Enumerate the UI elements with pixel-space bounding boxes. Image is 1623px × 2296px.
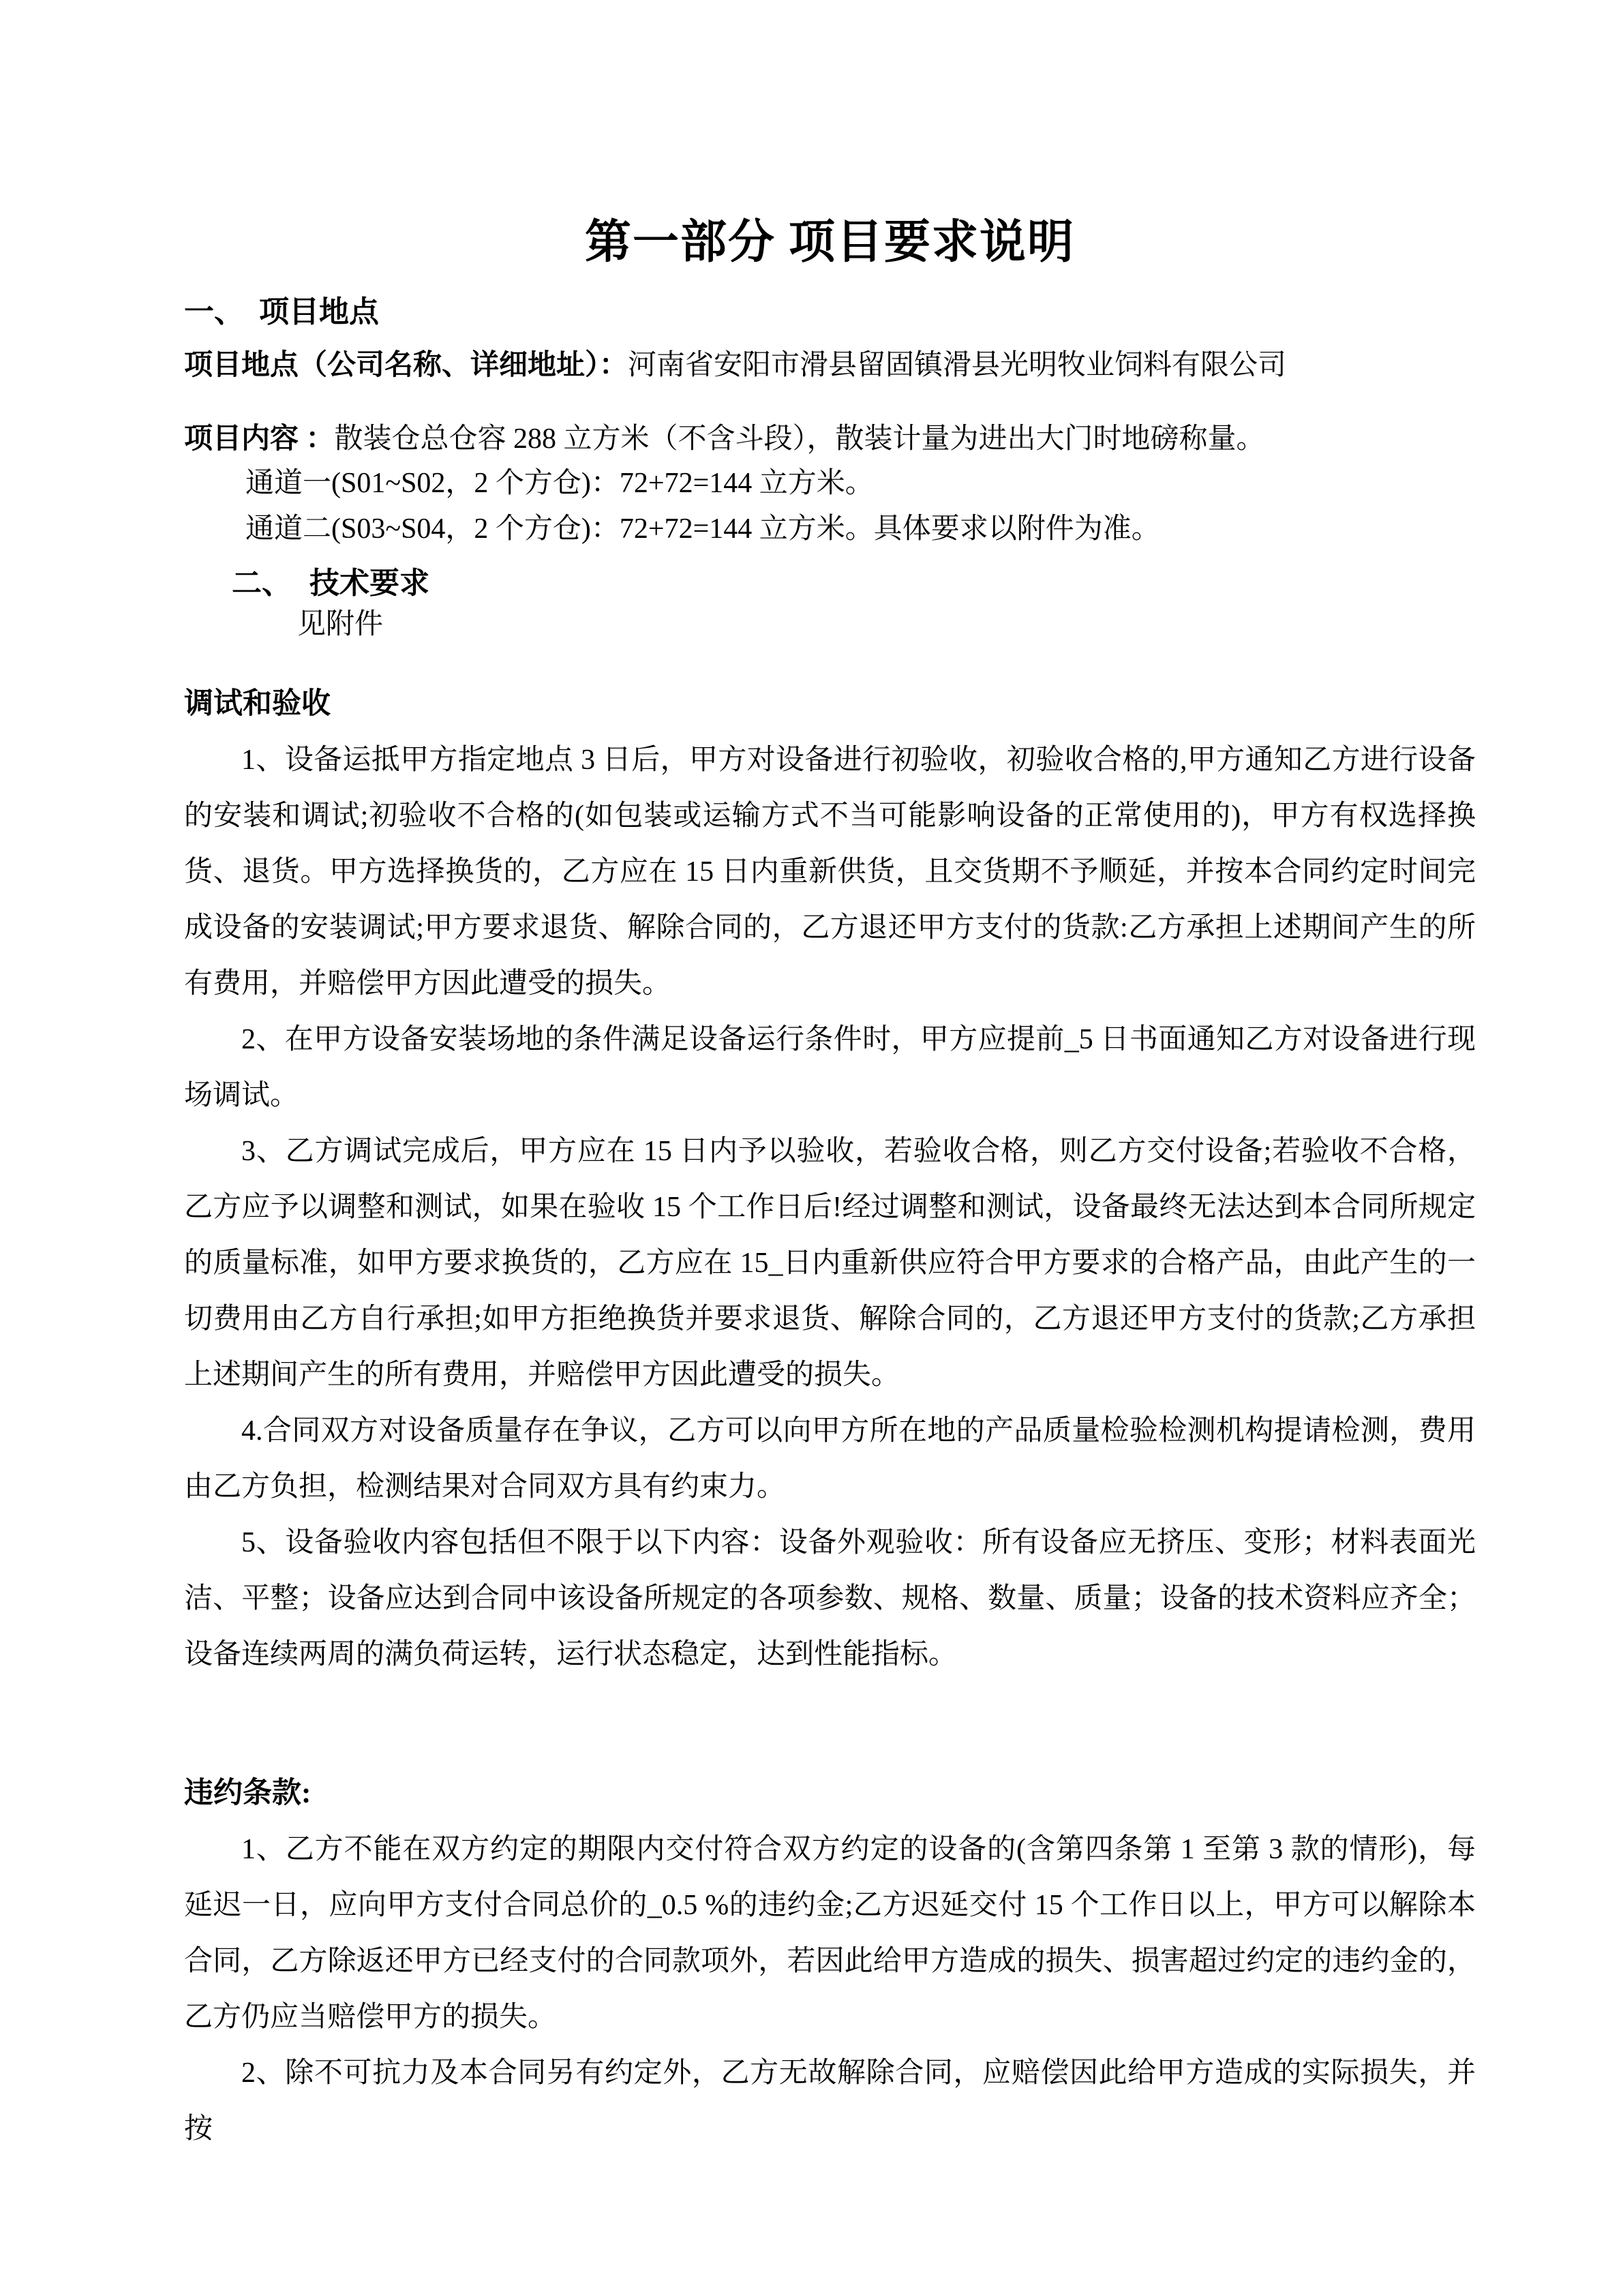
project-location-label: 项目地点（公司名称、详细地址）： [184,350,628,381]
section-number: 二、 [232,563,292,604]
project-location-value: 河南省安阳市滑县留固镇滑县光明牧业饲料有限公司 [628,350,1286,381]
project-content-line: 项目内容 ：散装仓总仓容 288 立方米（不含斗段），散装计量为进出大门时地磅称… [184,419,1476,459]
acceptance-paragraph-3: 3、乙方调试完成后，甲方应在 15 日内予以验收，若验收合格，则乙方交付设备;若… [184,1123,1476,1403]
acceptance-paragraph-2: 2、在甲方设备安装场地的条件满足设备运行条件时，甲方应提前_5 日书面通知乙方对… [184,1012,1476,1123]
section-heading-technical-requirements: 二、技术要求 [232,563,1476,604]
section-heading-text: 技术要求 [309,567,429,600]
channel-line-1: 通道一(S01~S02，2 个方仓)：72+72=144 立方米。 [184,462,1476,505]
project-location-line: 项目地点（公司名称、详细地址）：河南省安阳市滑县留固镇滑县光明牧业饲料有限公司 [184,345,1476,386]
breach-paragraph-2: 2、除不可抗力及本合同另有约定外，乙方无故解除合同，应赔偿因此给甲方造成的实际损… [184,2045,1476,2157]
section-heading-text: 项目地点 [259,295,379,329]
document-page: 第一部分 项目要求说明 一、项目地点 项目地点（公司名称、详细地址）：河南省安阳… [0,0,1623,2296]
section-heading-project-location: 一、项目地点 [184,292,1476,333]
breach-paragraph-1: 1、乙方不能在双方约定的期限内交付符合双方约定的设备的(含第四条第 1 至第 3… [184,1822,1476,2045]
acceptance-paragraph-4: 4.合同双方对设备质量存在争议，乙方可以向甲方所在地的产品质量检验检测机构提请检… [184,1403,1476,1515]
channel-line-2: 通道二(S03~S04，2 个方仓)：72+72=144 立方米。具体要求以附件… [184,507,1476,551]
project-content-text: 散装仓总仓容 288 立方米（不含斗段），散装计量为进出大门时地磅称量。 [335,423,1265,455]
tech-requirements-body: 见附件 [184,604,1476,645]
acceptance-paragraph-1: 1、设备运抵甲方指定地点 3 日后，甲方对设备进行初验收，初验收合格的,甲方通知… [184,732,1476,1012]
section-number: 一、 [184,292,244,333]
section-heading-acceptance: 调试和验收 [184,676,1476,732]
section-heading-breach-terms: 违约条款: [184,1766,1476,1822]
project-content-label: 项目内容 ： [184,423,335,455]
document-title: 第一部分 项目要求说明 [184,211,1476,273]
acceptance-paragraph-5: 5、设备验收内容包括但不限于以下内容：设备外观验收：所有设备应无挤压、变形；材料… [184,1515,1476,1682]
